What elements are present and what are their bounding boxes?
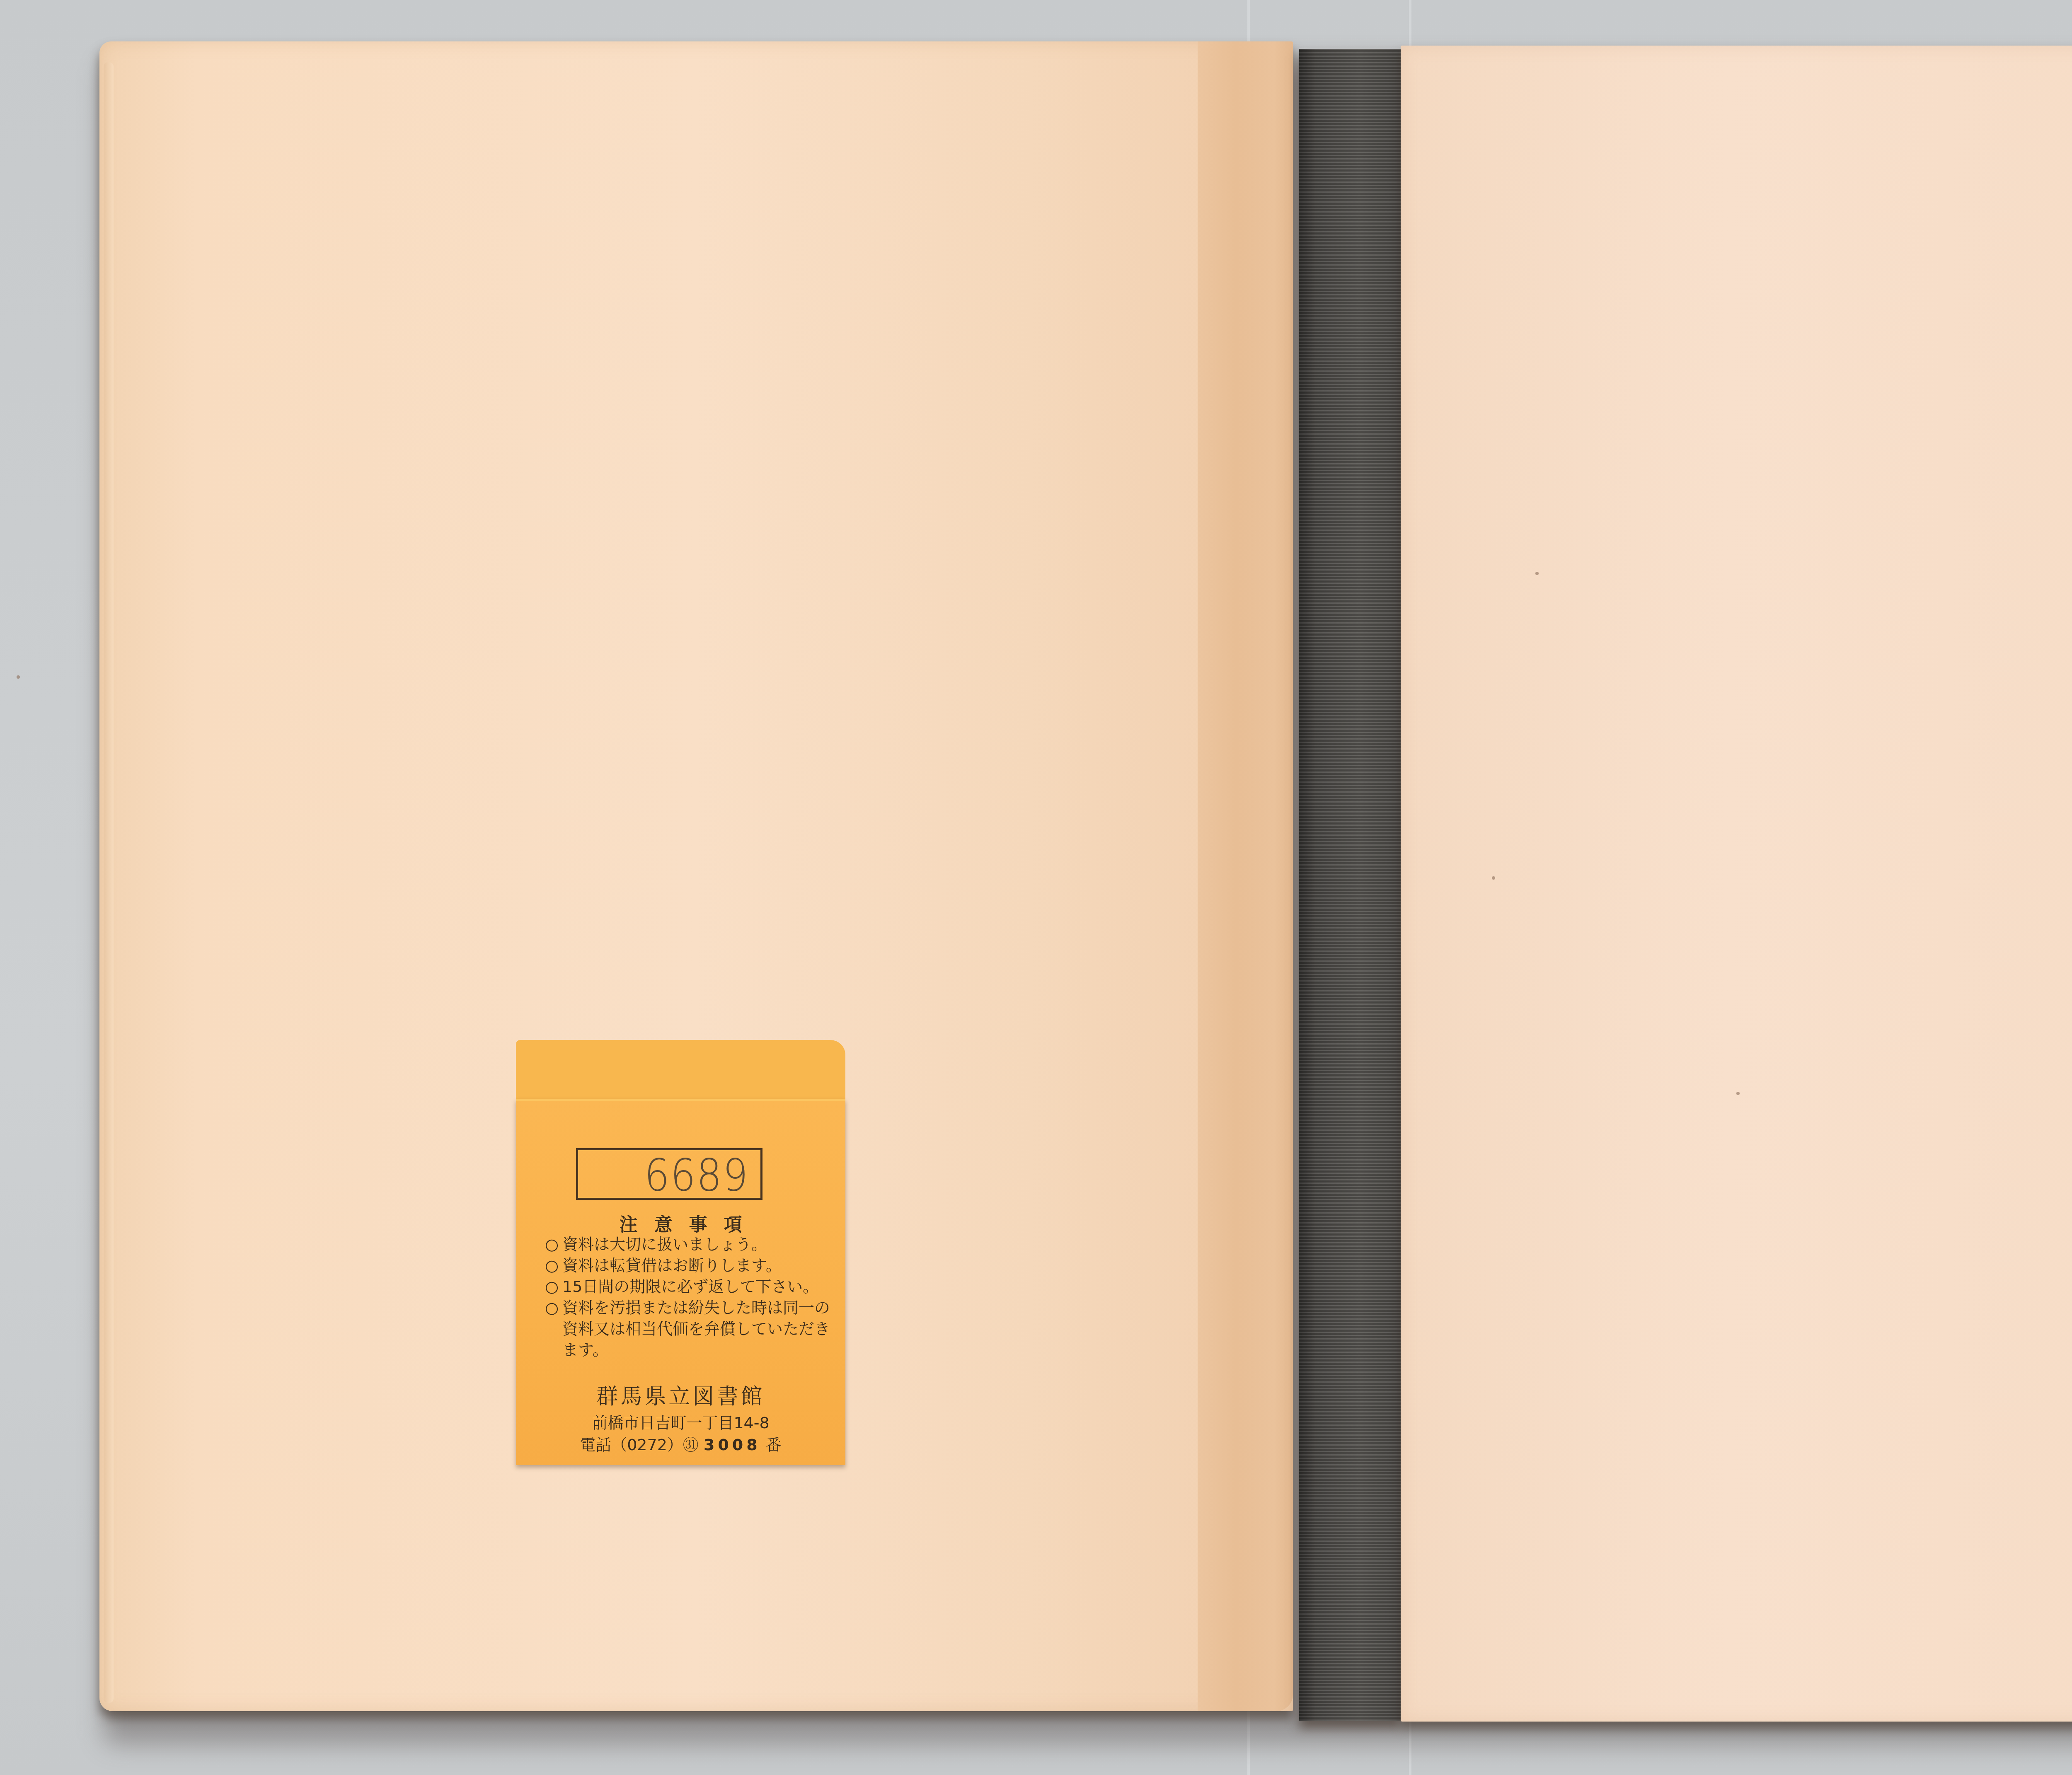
paper-speck [1736,1092,1740,1095]
accession-number: 6689 [644,1149,749,1201]
left-gutter-strip [1198,41,1293,1711]
notice-item: ○ 15日間の期限に必ず返して下さい。 [545,1276,835,1297]
circle-bullet-icon: ○ [545,1297,559,1318]
pocket-back-flap [516,1040,845,1106]
notice-item: ○ 資料を汚損または紛失した時は同一の資料又は相当代価を弁償していただきます。 [545,1297,835,1361]
accession-number-box: 6689 [576,1148,762,1200]
library-address: 前橋市日吉町一丁目14-8 [516,1410,845,1433]
notice-item: ○ 資料は大切に扱いましょう。 [545,1234,835,1255]
notice-text: 15日間の期限に必ず返して下さい。 [562,1277,818,1296]
paper-speck [1492,876,1495,880]
library-phone: 電話（0272）㉛ 3008 番 [516,1432,845,1455]
spine-fold-shadow [1299,49,1316,1721]
phone-prefix: 電話（0272）㉛ [580,1436,699,1454]
paper-speck [1535,572,1539,575]
notice-text: 資料を汚損または紛失した時は同一の資料又は相当代価を弁償していただきます。 [562,1299,830,1359]
phone-suffix: 番 [766,1436,782,1454]
right-endpaper [1401,46,2072,1722]
notice-list: ○ 資料は大切に扱いましょう。 ○ 資料は転貸借はお断りします。 ○ 15日間の… [545,1234,835,1361]
library-name: 群馬県立図書館 [516,1379,845,1410]
circle-bullet-icon: ○ [545,1234,559,1255]
phone-number: 3008 [704,1436,761,1454]
circle-bullet-icon: ○ [545,1276,559,1297]
library-card-pocket[interactable]: 6689 注意事項 ○ 資料は大切に扱いましょう。 ○ 資料は転貸借はお断りしま… [516,1040,845,1463]
notice-text: 資料は転貸借はお断りします。 [562,1256,782,1274]
left-page-edge [104,62,114,1703]
notice-item: ○ 資料は転貸借はお断りします。 [545,1255,835,1276]
notice-text: 資料は大切に扱いましょう。 [562,1235,767,1253]
circle-bullet-icon: ○ [545,1255,559,1276]
paper-speck [17,675,20,679]
notice-title: 注意事項 [516,1210,845,1236]
pocket-front: 6689 注意事項 ○ 資料は大切に扱いましょう。 ○ 資料は転貸借はお断りしま… [516,1099,845,1465]
